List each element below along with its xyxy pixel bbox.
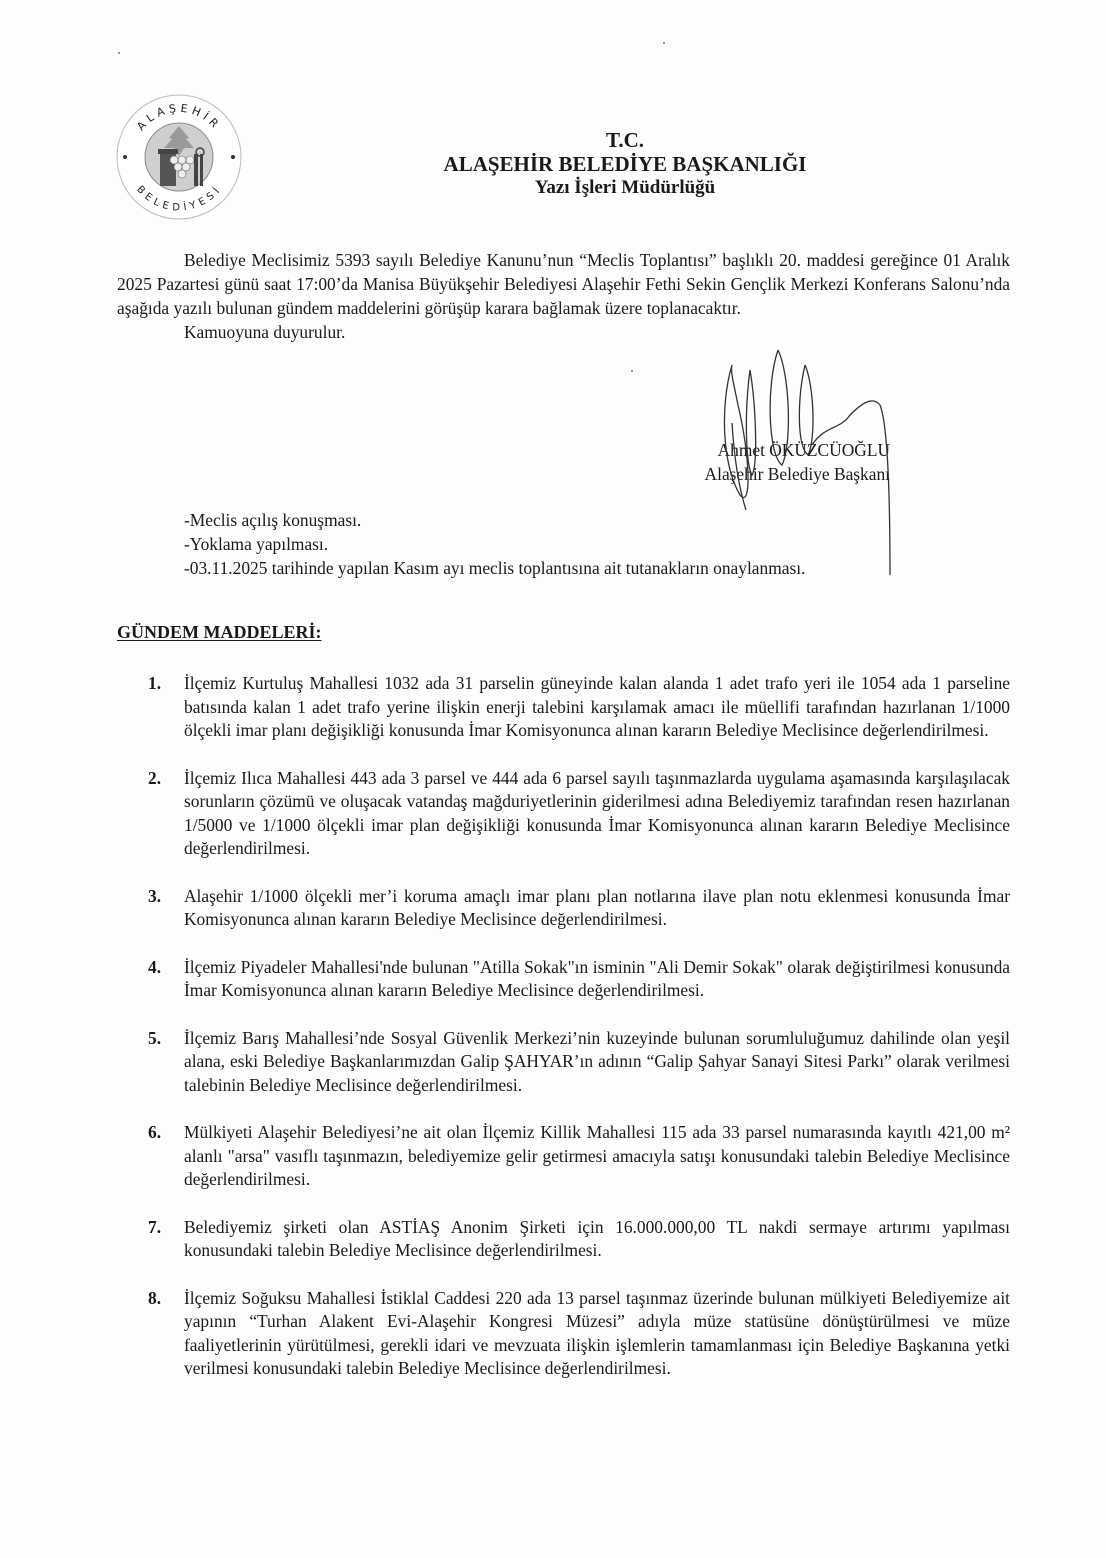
agenda-item-text: İlçemiz Barış Mahallesi’nde Sosyal Güven…: [184, 1027, 1010, 1098]
agenda-item-text: Mülkiyeti Alaşehir Belediyesi’ne ait ola…: [184, 1121, 1010, 1192]
agenda-item-text: İlçemiz Soğuksu Mahallesi İstiklal Cadde…: [184, 1287, 1010, 1381]
agenda-item: 4. İlçemiz Piyadeler Mahallesi'nde bulun…: [148, 956, 1010, 1003]
header-organization: ALAŞEHİR BELEDİYE BAŞKANLIĞI: [410, 152, 840, 176]
intro-section: Belediye Meclisimiz 5393 sayılı Belediye…: [117, 248, 1010, 344]
header-department: Yazı İşleri Müdürlüğü: [410, 176, 840, 200]
agenda-item: 5. İlçemiz Barış Mahallesi’nde Sosyal Gü…: [148, 1027, 1010, 1098]
agenda-item-number: 8.: [148, 1287, 184, 1381]
preliminary-item: -03.11.2025 tarihinde yapılan Kasım ayı …: [184, 556, 805, 580]
agenda-heading: GÜNDEM MADDELERİ:: [117, 622, 322, 643]
header-tc: T.C.: [410, 128, 840, 152]
agenda-item-number: 5.: [148, 1027, 184, 1098]
agenda-item: 7. Belediyemiz şirketi olan ASTİAŞ Anoni…: [148, 1216, 1010, 1263]
document-page: ALAŞEHİR BELEDİYESİ T.C. ALAŞEHİR BELEDİ…: [0, 0, 1106, 1558]
agenda-item-number: 6.: [148, 1121, 184, 1192]
signatory-title: Alaşehir Belediye Başkanı: [640, 462, 890, 486]
letterhead: T.C. ALAŞEHİR BELEDİYE BAŞKANLIĞI Yazı İ…: [410, 128, 840, 200]
signature-block: Ahmet ÖKÜZCÜOĞLU Alaşehir Belediye Başka…: [640, 438, 890, 486]
scan-speck: [118, 52, 120, 54]
scan-speck: [663, 42, 665, 44]
agenda-item-number: 2.: [148, 767, 184, 861]
agenda-item-number: 4.: [148, 956, 184, 1003]
agenda-item-text: Alaşehir 1/1000 ölçekli mer’i koruma ama…: [184, 885, 1010, 932]
agenda-list: 1. İlçemiz Kurtuluş Mahallesi 1032 ada 3…: [148, 672, 1010, 1381]
municipality-logo-icon: ALAŞEHİR BELEDİYESİ: [114, 92, 244, 222]
announcement-text: Kamuoyuna duyurulur.: [117, 320, 1010, 344]
agenda-item-number: 3.: [148, 885, 184, 932]
signatory-name: Ahmet ÖKÜZCÜOĞLU: [640, 438, 890, 462]
agenda-item-text: Belediyemiz şirketi olan ASTİAŞ Anonim Ş…: [184, 1216, 1010, 1263]
agenda-item-text: İlçemiz Ilıca Mahallesi 443 ada 3 parsel…: [184, 767, 1010, 861]
agenda-item-text: İlçemiz Piyadeler Mahallesi'nde bulunan …: [184, 956, 1010, 1003]
agenda-item-number: 1.: [148, 672, 184, 743]
agenda-item: 1. İlçemiz Kurtuluş Mahallesi 1032 ada 3…: [148, 672, 1010, 743]
agenda-item: 8. İlçemiz Soğuksu Mahallesi İstiklal Ca…: [148, 1287, 1010, 1381]
agenda-item-text: İlçemiz Kurtuluş Mahallesi 1032 ada 31 p…: [184, 672, 1010, 743]
preliminary-item: -Meclis açılış konuşması.: [184, 508, 805, 532]
intro-paragraph: Belediye Meclisimiz 5393 sayılı Belediye…: [117, 248, 1010, 320]
agenda-item: 2. İlçemiz Ilıca Mahallesi 443 ada 3 par…: [148, 767, 1010, 861]
scan-speck: [631, 370, 633, 372]
preliminary-items: -Meclis açılış konuşması. -Yoklama yapıl…: [184, 508, 805, 580]
preliminary-item: -Yoklama yapılması.: [184, 532, 805, 556]
agenda-item-number: 7.: [148, 1216, 184, 1263]
agenda-item: 3. Alaşehir 1/1000 ölçekli mer’i koruma …: [148, 885, 1010, 932]
agenda-item: 6. Mülkiyeti Alaşehir Belediyesi’ne ait …: [148, 1121, 1010, 1192]
